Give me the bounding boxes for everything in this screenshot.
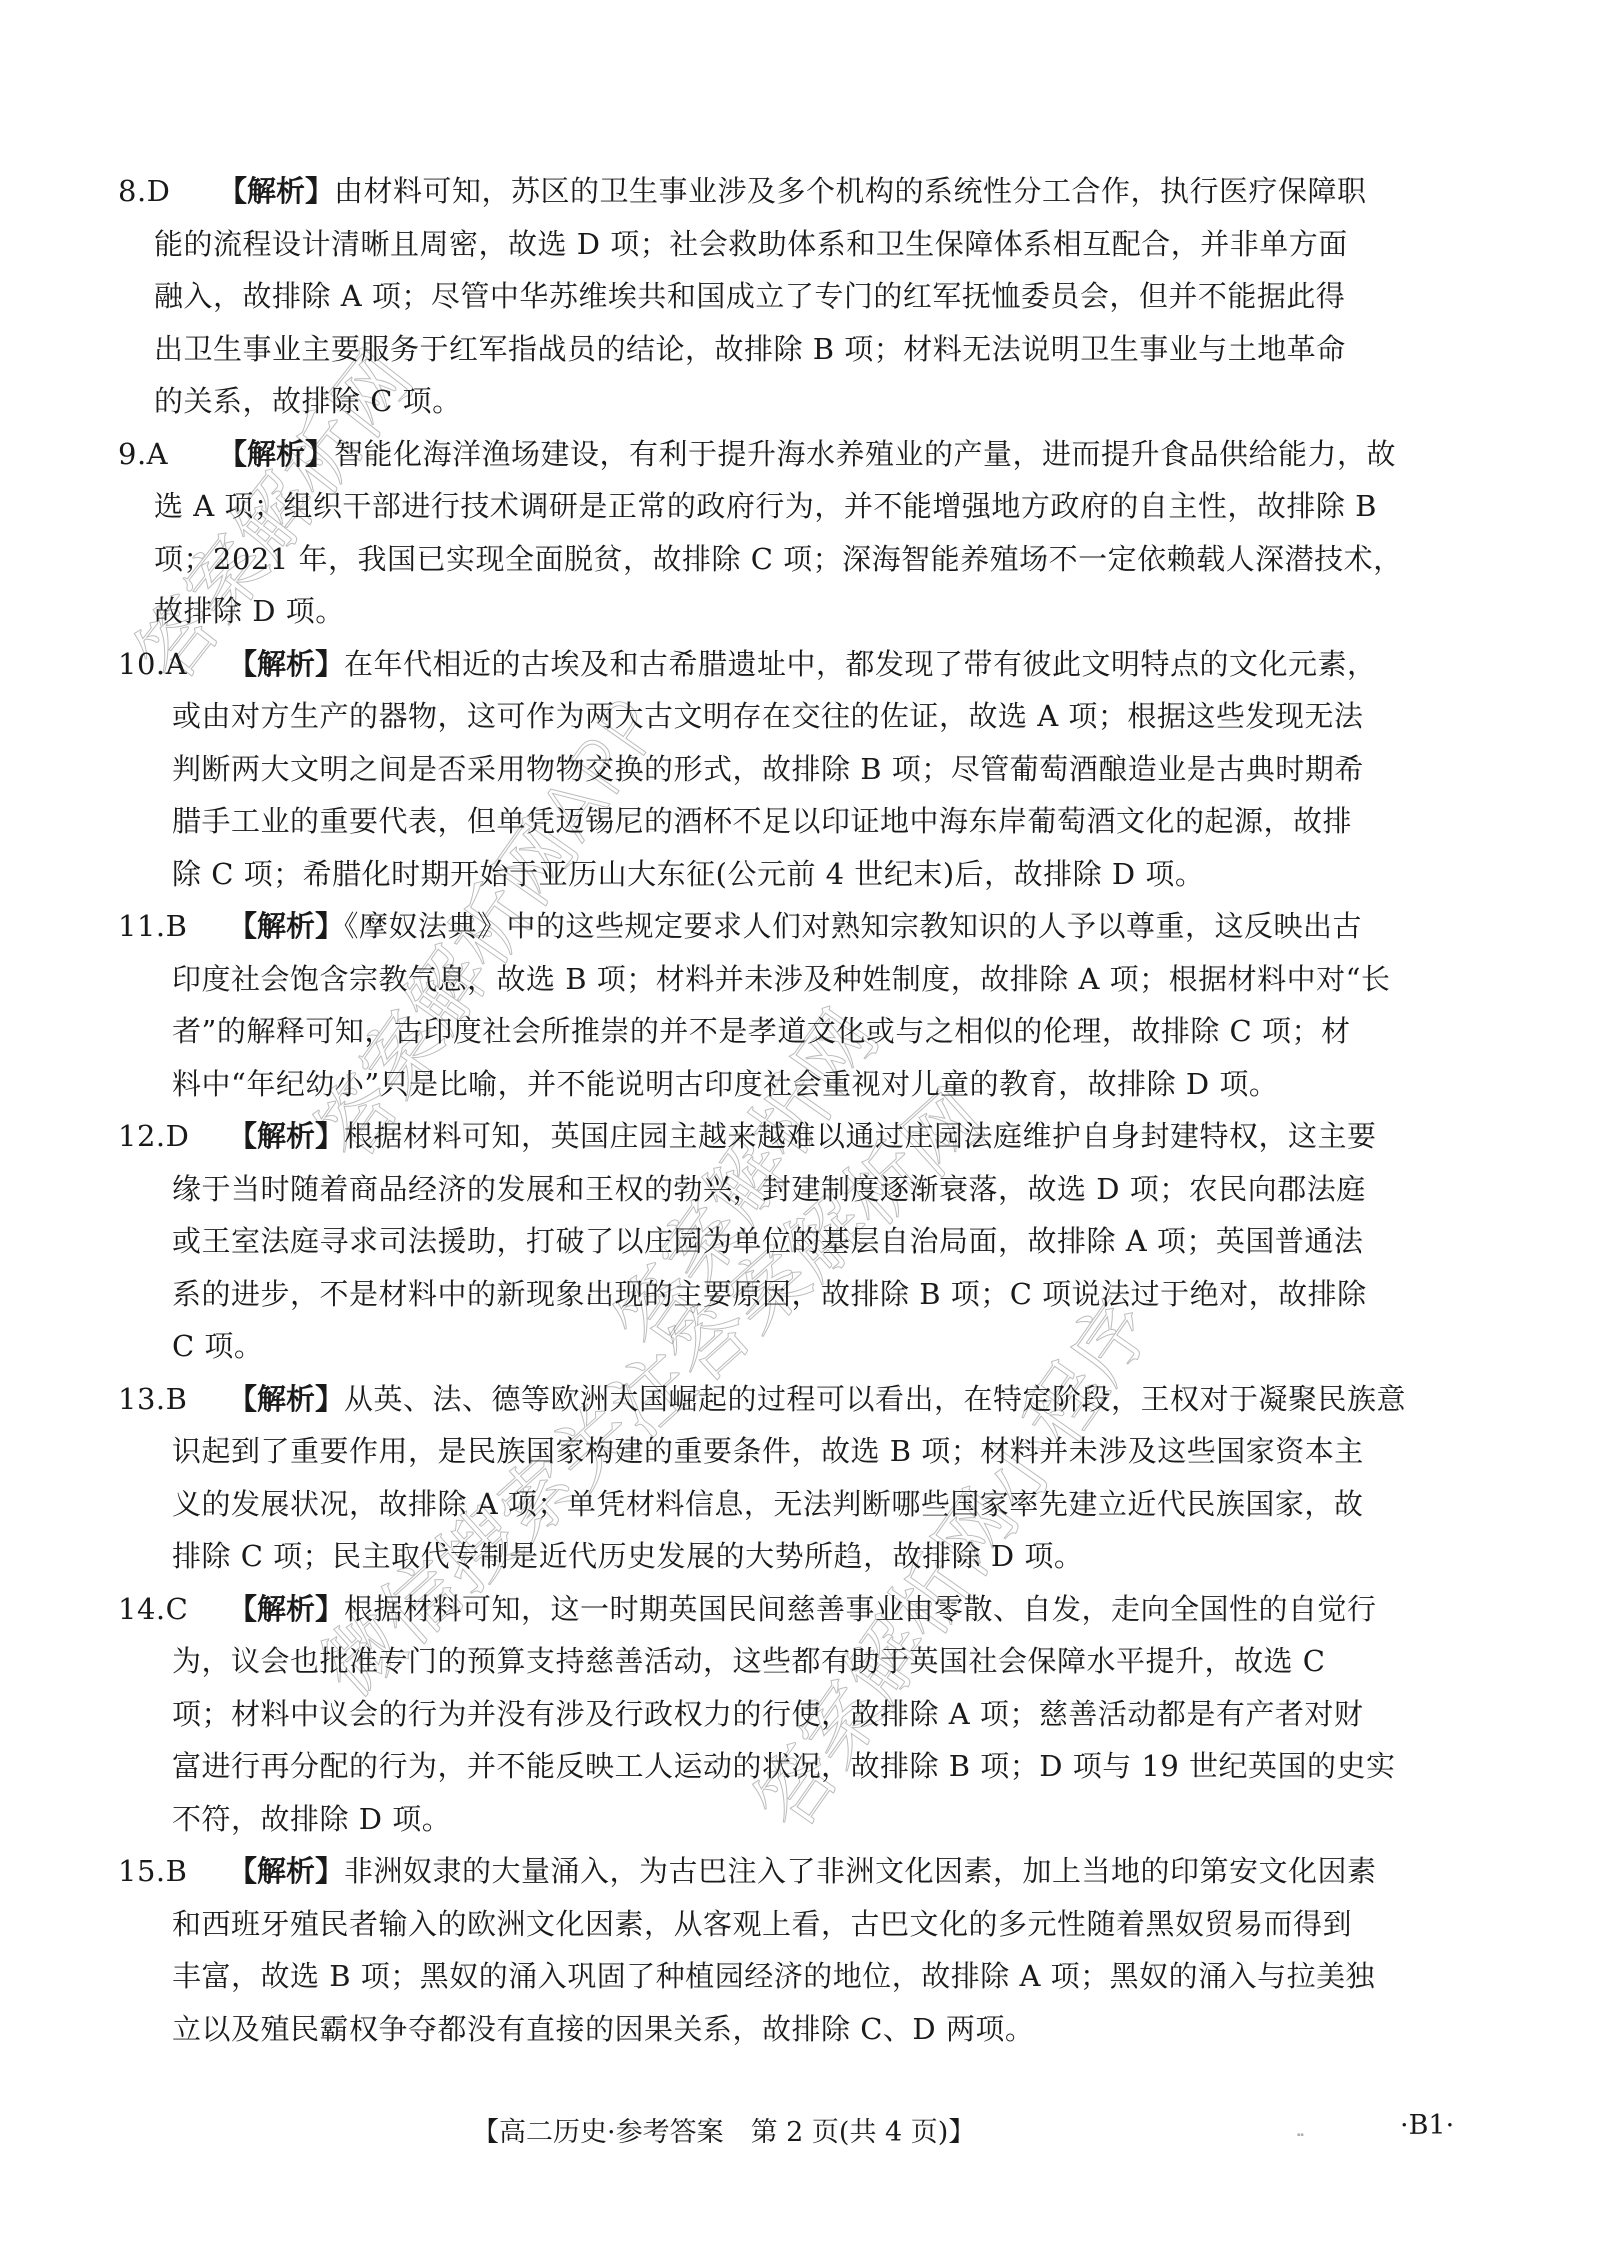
item-line: 【解析】《摩奴法典》中的这些规定要求人们对熟知宗教知识的人予以尊重，这反映出古 xyxy=(172,900,1470,953)
document-page: 答案解析网 答案解析网APP 答案解析网 微信搜索关注答案解析网 答案解析网小程… xyxy=(0,0,1603,2252)
footer-mark: ▪▪ xyxy=(1297,2132,1304,2138)
analysis-tag: 【解析】 xyxy=(218,174,334,208)
answer-item-14: 14.C 【解析】根据材料可知，这一时期英国民间慈善事业由零散、自发，走向全国性… xyxy=(118,1583,1470,1846)
item-line: 融入，故排除 A 项；尽管中华苏维埃共和国成立了专门的红军抚恤委员会，但并不能据… xyxy=(154,270,1470,323)
item-line: 出卫生事业主要服务于红军指战员的结论，故排除 B 项；材料无法说明卫生事业与土地… xyxy=(154,323,1470,376)
item-line: 料中“年纪幼小”只是比喻，并不能说明古印度社会重视对儿童的教育，故排除 D 项。 xyxy=(172,1058,1470,1111)
item-line: 故排除 D 项。 xyxy=(154,585,1470,638)
item-line: 和西班牙殖民者输入的欧洲文化因素，从客观上看，古巴文化的多元性随着黑奴贸易而得到 xyxy=(172,1898,1470,1951)
answer-item-10: 10.A 【解析】在年代相近的古埃及和古希腊遗址中，都发现了带有彼此文明特点的文… xyxy=(118,638,1470,901)
item-line: 或由对方生产的器物，这可作为两大古文明存在交往的佐证，故选 A 项；根据这些发现… xyxy=(172,690,1470,743)
item-line: 项；材料中议会的行为并没有涉及行政权力的行使，故排除 A 项；慈善活动都是有产者… xyxy=(172,1688,1470,1741)
item-line: 为，议会也批准专门的预算支持慈善活动，这些都有助于英国社会保障水平提升，故选 C xyxy=(172,1635,1470,1688)
item-line: 【解析】根据材料可知，英国庄园主越来越难以通过庄园法庭维护自身封建特权，这主要 xyxy=(172,1110,1470,1163)
analysis-tag: 【解析】 xyxy=(228,1854,344,1888)
item-number: 9.A xyxy=(118,428,186,481)
item-line: 判断两大文明之间是否采用物物交换的形式，故排除 B 项；尽管葡萄酒酿造业是古典时… xyxy=(172,743,1470,796)
answer-item-11: 11.B 【解析】《摩奴法典》中的这些规定要求人们对熟知宗教知识的人予以尊重，这… xyxy=(118,900,1470,1110)
page-footer: 【高二历史·参考答案 第 2 页(共 4 页)】 ▪▪ ·B1· xyxy=(0,2110,1603,2150)
analysis-tag: 【解析】 xyxy=(228,1119,344,1153)
item-line: 系的进步，不是材料中的新现象出现的主要原因，故排除 B 项；C 项说法过于绝对，… xyxy=(172,1268,1470,1321)
item-number: 10.A xyxy=(118,638,205,691)
answer-item-13: 13.B 【解析】从英、法、德等欧洲大国崛起的过程可以看出，在特定阶段，王权对于… xyxy=(118,1373,1470,1583)
item-line: 印度社会饱含宗教气息，故选 B 项；材料并未涉及种姓制度，故排除 A 项；根据材… xyxy=(172,953,1470,1006)
item-line: 【解析】由材料可知，苏区的卫生事业涉及多个机构的系统性分工合作，执行医疗保障职 xyxy=(154,165,1470,218)
analysis-tag: 【解析】 xyxy=(228,1382,344,1416)
item-line: 除 C 项；希腊化时期开始于亚历山大东征(公元前 4 世纪末)后，故排除 D 项… xyxy=(172,848,1470,901)
item-line: 【解析】非洲奴隶的大量涌入，为古巴注入了非洲文化因素，加上当地的印第安文化因素 xyxy=(172,1845,1470,1898)
item-line: 者”的解释可知，古印度社会所推崇的并不是孝道文化或与之相似的伦理，故排除 C 项… xyxy=(172,1005,1470,1058)
item-line: 【解析】在年代相近的古埃及和古希腊遗址中，都发现了带有彼此文明特点的文化元素， xyxy=(172,638,1470,691)
item-line: 义的发展状况，故排除 A 项；单凭材料信息，无法判断哪些国家率先建立近代民族国家… xyxy=(172,1478,1470,1531)
answer-item-15: 15.B 【解析】非洲奴隶的大量涌入，为古巴注入了非洲文化因素，加上当地的印第安… xyxy=(118,1845,1470,2055)
footer-version-code: ·B1· xyxy=(1400,2110,1454,2141)
item-number: 14.C xyxy=(118,1583,206,1636)
item-line: 的关系，故排除 C 项。 xyxy=(154,375,1470,428)
item-line: 缘于当时随着商品经济的发展和王权的勃兴，封建制度逐渐衰落，故选 D 项；农民向郡… xyxy=(172,1163,1470,1216)
answer-list: 8.D 【解析】由材料可知，苏区的卫生事业涉及多个机构的系统性分工合作，执行医疗… xyxy=(118,165,1470,2055)
item-line: 能的流程设计清晰且周密，故选 D 项；社会救助体系和卫生保障体系相互配合，并非单… xyxy=(154,218,1470,271)
item-line: 立以及殖民霸权争夺都没有直接的因果关系，故排除 C、D 两项。 xyxy=(172,2003,1470,2056)
analysis-tag: 【解析】 xyxy=(228,1592,344,1626)
item-line: 排除 C 项；民主取代专制是近代历史发展的大势所趋，故排除 D 项。 xyxy=(172,1530,1470,1583)
item-line: 【解析】智能化海洋渔场建设，有利于提升海水养殖业的产量，进而提升食品供给能力，故 xyxy=(154,428,1470,481)
item-line: 丰富，故选 B 项；黑奴的涌入巩固了种植园经济的地位，故排除 A 项；黑奴的涌入… xyxy=(172,1950,1470,2003)
item-line: 选 A 项；组织干部进行技术调研是正常的政府行为，并不能增强地方政府的自主性，故… xyxy=(154,480,1470,533)
item-number: 8.D xyxy=(118,165,188,218)
item-line: 识起到了重要作用，是民族国家构建的重要条件，故选 B 项；材料并未涉及这些国家资… xyxy=(172,1425,1470,1478)
item-line: 不符，故排除 D 项。 xyxy=(172,1793,1470,1846)
item-line: 富进行再分配的行为，并不能反映工人运动的状况，故排除 B 项；D 项与 19 世… xyxy=(172,1740,1470,1793)
answer-item-8: 8.D 【解析】由材料可知，苏区的卫生事业涉及多个机构的系统性分工合作，执行医疗… xyxy=(118,165,1470,428)
item-line: 腊手工业的重要代表，但单凭迈锡尼的酒杯不足以印证地中海东岸葡萄酒文化的起源，故排 xyxy=(172,795,1470,848)
item-number: 13.B xyxy=(118,1373,205,1426)
analysis-tag: 【解析】 xyxy=(228,909,344,943)
footer-page-info: 【高二历史·参考答案 第 2 页(共 4 页)】 xyxy=(472,2110,975,2149)
answer-item-9: 9.A 【解析】智能化海洋渔场建设，有利于提升海水养殖业的产量，进而提升食品供给… xyxy=(118,428,1470,638)
item-line: 或王室法庭寻求司法援助，打破了以庄园为单位的基层自治局面，故排除 A 项；英国普… xyxy=(172,1215,1470,1268)
item-number: 15.B xyxy=(118,1845,205,1898)
answer-item-12: 12.D 【解析】根据材料可知，英国庄园主越来越难以通过庄园法庭维护自身封建特权… xyxy=(118,1110,1470,1373)
item-number: 11.B xyxy=(118,900,205,953)
item-line: C 项。 xyxy=(172,1320,1470,1373)
analysis-tag: 【解析】 xyxy=(228,647,344,681)
item-line: 【解析】从英、法、德等欧洲大国崛起的过程可以看出，在特定阶段，王权对于凝聚民族意 xyxy=(172,1373,1470,1426)
item-line: 【解析】根据材料可知，这一时期英国民间慈善事业由零散、自发，走向全国性的自觉行 xyxy=(172,1583,1470,1636)
item-number: 12.D xyxy=(118,1110,207,1163)
analysis-tag: 【解析】 xyxy=(218,437,334,471)
item-line: 项；2021 年，我国已实现全面脱贫，故排除 C 项；深海智能养殖场不一定依赖载… xyxy=(154,533,1470,586)
